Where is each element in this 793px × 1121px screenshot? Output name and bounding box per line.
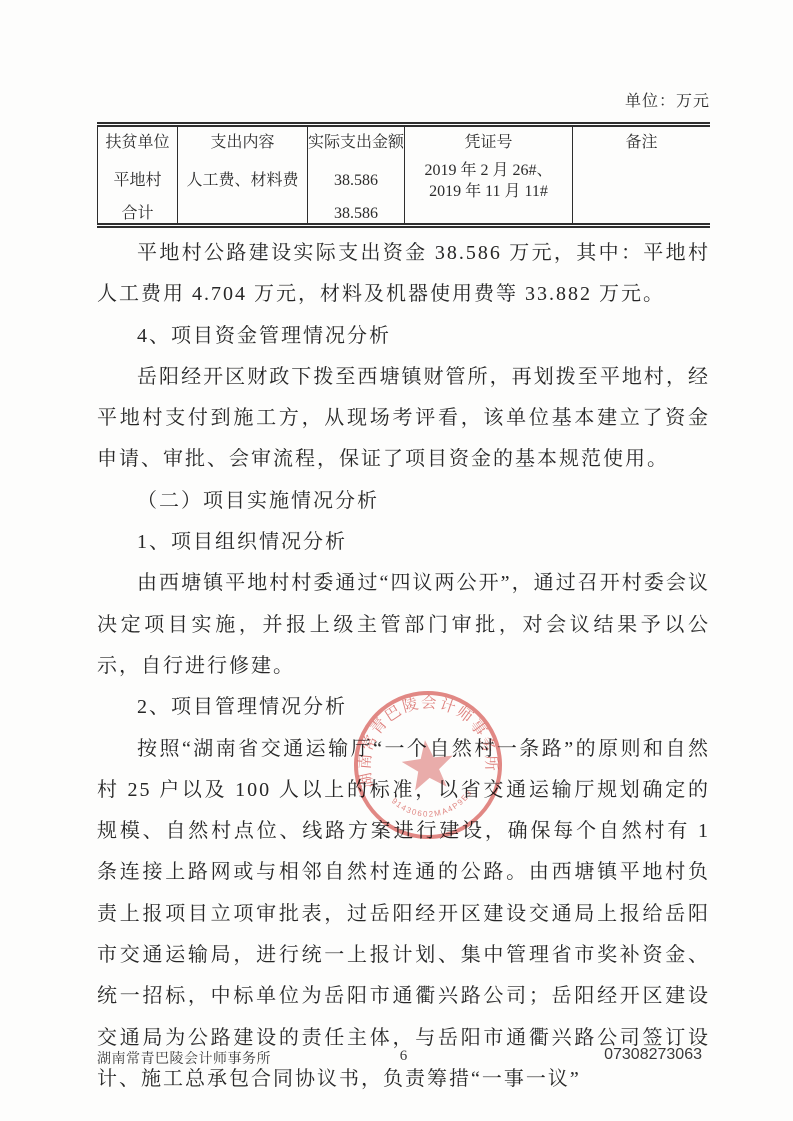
page-footer: 湖南常青巴陵会计师事务所 6 07308273063 bbox=[97, 1046, 710, 1068]
footer-phone-number: 07308273063 bbox=[604, 1046, 702, 1064]
unit-label: 单位：万元 bbox=[625, 88, 710, 111]
body-block: 1、项目组织情况分析 bbox=[97, 522, 710, 563]
body-block: 平地村公路建设实际支出资金 38.586 万元，其中：平地村人工费用 4.704… bbox=[97, 233, 710, 316]
cell-total-voucher bbox=[405, 204, 573, 223]
document-body: 平地村公路建设实际支出资金 38.586 万元，其中：平地村人工费用 4.704… bbox=[97, 233, 710, 1100]
expenditure-table: 扶贫单位 支出内容 实际支出金额 凭证号 备注 平地村 人工费、材料费 38.5… bbox=[97, 122, 710, 228]
cell-total-content bbox=[178, 204, 308, 223]
body-block: 由西塘镇平地村村委通过“四议两公开”，通过召开村委会议决定项目实施，并报上级主管… bbox=[97, 563, 710, 687]
body-block: 岳阳经开区财政下拨至西塘镇财管所，再划拨至平地村，经平地村支付到施工方，从现场考… bbox=[97, 357, 710, 481]
table-header-note: 备注 bbox=[573, 127, 710, 158]
body-block: （二）项目实施情况分析 bbox=[97, 481, 710, 522]
body-block: 2、项目管理情况分析 bbox=[97, 687, 710, 728]
cell-voucher: 2019 年 2 月 26#、 2019 年 11 月 11# bbox=[405, 158, 573, 204]
cell-total-amount: 38.586 bbox=[308, 204, 405, 223]
cell-total-label: 合计 bbox=[98, 204, 178, 223]
cell-content: 人工费、材料费 bbox=[178, 158, 308, 204]
cell-total-note bbox=[573, 204, 710, 223]
table-header-voucher: 凭证号 bbox=[405, 127, 573, 158]
cell-note bbox=[573, 158, 710, 204]
body-block: 4、项目资金管理情况分析 bbox=[97, 316, 710, 357]
voucher-line-1: 2019 年 2 月 26#、 bbox=[424, 160, 552, 181]
table-header-amount: 实际支出金额 bbox=[308, 127, 405, 158]
voucher-line-2: 2019 年 11 月 11# bbox=[429, 181, 548, 202]
table-header-unit: 扶贫单位 bbox=[98, 127, 178, 158]
body-block: 按照“湖南省交通运输厅“一个自然村一条路”的原则和自然村 25 户以及 100 … bbox=[97, 729, 710, 1101]
cell-amount: 38.586 bbox=[308, 158, 405, 204]
cell-unit: 平地村 bbox=[98, 158, 178, 204]
table-header-content: 支出内容 bbox=[178, 127, 308, 158]
document-page: 单位：万元 扶贫单位 支出内容 实际支出金额 凭证号 备注 平地村 人工费、材料… bbox=[0, 0, 793, 1121]
